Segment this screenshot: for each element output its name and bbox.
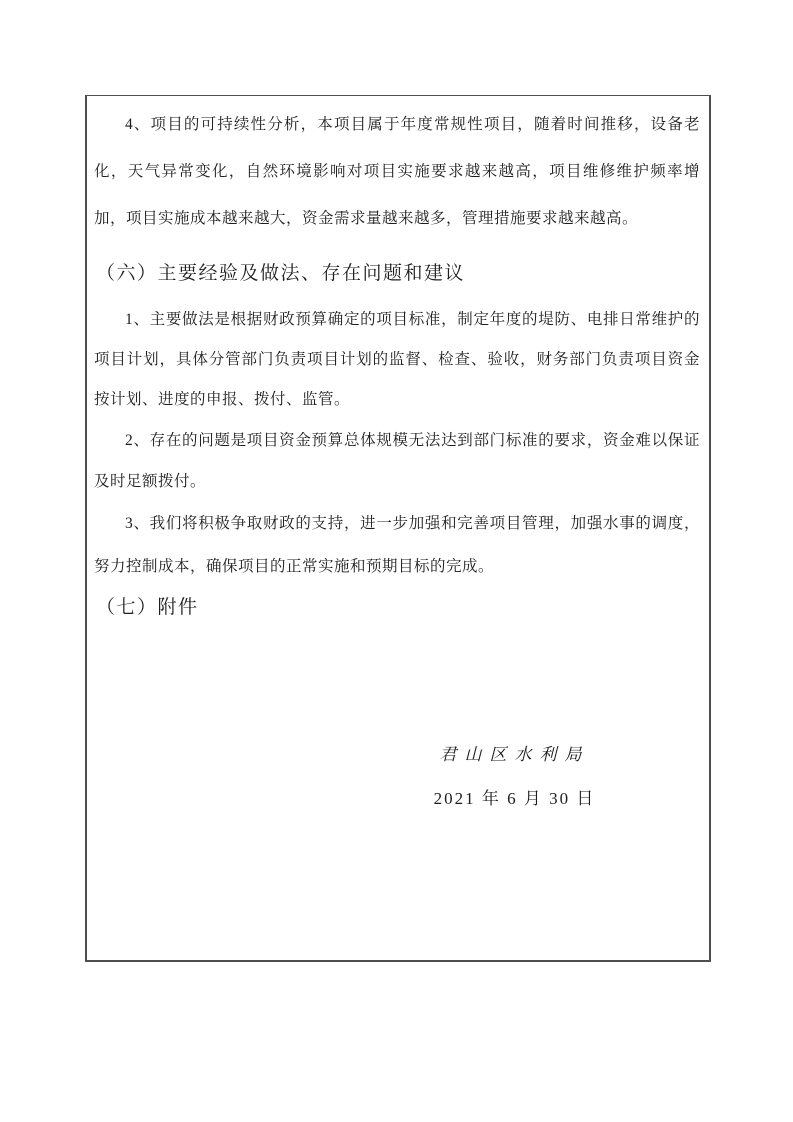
section-heading-6: （六）主要经验及做法、存在问题和建议 [94, 254, 700, 294]
paragraph-sustainability-analysis: 4、项目的可持续性分析，本项目属于年度常规性项目，随着时间推移，设备老化，天气异… [94, 101, 700, 242]
section-heading-7: （七）附件 [94, 588, 700, 628]
document-frame: 4、项目的可持续性分析，本项目属于年度常规性项目，随着时间推移，设备老化，天气异… [85, 95, 711, 962]
paragraph-improvement-plan: 3、我们将积极争取财政的支持，进一步加强和完善项目管理，加强水事的调度，努力控制… [94, 502, 700, 588]
signature-date: 2021 年 6 月 30 日 [329, 784, 700, 814]
signature-block: 君山区水利局 2021 年 6 月 30 日 [94, 740, 700, 814]
paragraph-main-practice: 1、主要做法是根据财政预算确定的项目标准，制定年度的堤防、电排日常维护的项目计划… [94, 300, 700, 420]
paragraph-existing-problems: 2、存在的问题是项目资金预算总体规模无法达到部门标准的要求，资金难以保证及时足额… [94, 420, 700, 502]
document-page: 4、项目的可持续性分析，本项目属于年度常规性项目，随着时间推移，设备老化，天气异… [0, 0, 793, 1122]
signature-organization: 君山区水利局 [329, 740, 700, 770]
